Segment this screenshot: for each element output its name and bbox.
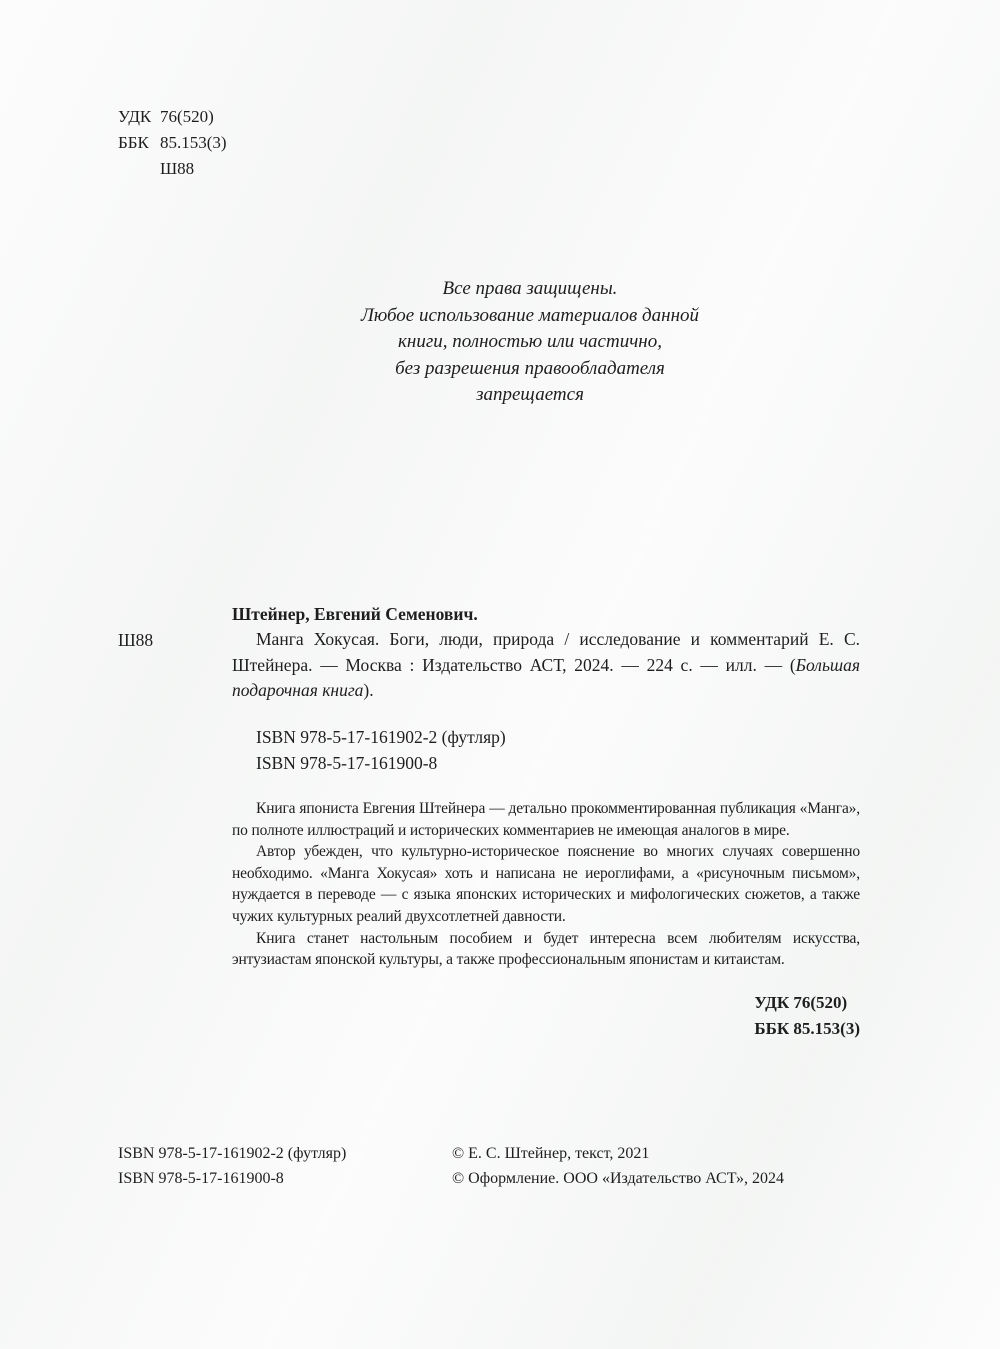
footer-isbn-list: ISBN 978-5-17-161902-2 (футляр) ISBN 978… bbox=[118, 1141, 346, 1191]
annotation: Книга япониста Евгения Штейнера — деталь… bbox=[232, 798, 860, 971]
classification-codes-bottom: УДК 76(520) ББК 85.153(3) bbox=[754, 990, 860, 1042]
isbn-line: ISBN 978-5-17-161902-2 (футляр) bbox=[118, 1141, 346, 1166]
bbk-code: ББК 85.153(3) bbox=[754, 1016, 860, 1042]
rights-line: Все права защищены. bbox=[330, 276, 730, 303]
author-mark: Ш88 bbox=[118, 156, 227, 182]
copyright-line: © Оформление. ООО «Издательство АСТ», 20… bbox=[452, 1166, 784, 1191]
rights-line: Любое использование материалов данной bbox=[330, 303, 730, 330]
annotation-paragraph: Книга япониста Евгения Штейнера — деталь… bbox=[232, 798, 860, 841]
udk-label: УДК bbox=[118, 104, 160, 130]
rights-notice: Все права защищены. Любое использование … bbox=[330, 276, 730, 409]
catalog-isbn-list: ISBN 978-5-17-161902-2 (футляр) ISBN 978… bbox=[256, 724, 506, 776]
isbn-line: ISBN 978-5-17-161902-2 (футляр) bbox=[256, 724, 506, 750]
rights-line: книги, полностью или частично, bbox=[330, 329, 730, 356]
bbk-code: ББК 85.153(3) bbox=[118, 130, 227, 156]
annotation-paragraph: Автор убежден, что культурно-историческо… bbox=[232, 841, 860, 927]
bbk-value: 85.153(3) bbox=[160, 130, 227, 156]
rights-line: без разрешения правообладателя bbox=[330, 356, 730, 383]
annotation-paragraph: Книга станет настольным пособием и будет… bbox=[232, 928, 860, 971]
catalog-author-mark: Ш88 bbox=[118, 630, 153, 651]
isbn-line: ISBN 978-5-17-161900-8 bbox=[256, 750, 506, 776]
catalog-description: Манга Хокусая. Боги, люди, природа / исс… bbox=[232, 627, 860, 704]
copyright-line: © Е. С. Штейнер, текст, 2021 bbox=[452, 1141, 784, 1166]
copyright-notice: © Е. С. Штейнер, текст, 2021 © Оформлени… bbox=[452, 1141, 784, 1191]
udk-code: УДК 76(520) bbox=[118, 104, 227, 130]
description-end: ). bbox=[363, 680, 373, 700]
classification-codes-top: УДК 76(520) ББК 85.153(3) Ш88 bbox=[118, 104, 227, 182]
rights-line: запрещается bbox=[330, 382, 730, 409]
description-text: Манга Хокусая. Боги, люди, природа / исс… bbox=[232, 629, 860, 675]
isbn-line: ISBN 978-5-17-161900-8 bbox=[118, 1166, 346, 1191]
bbk-label: ББК bbox=[118, 130, 160, 156]
udk-code: УДК 76(520) bbox=[754, 990, 860, 1016]
udk-value: 76(520) bbox=[160, 104, 214, 130]
catalog-author: Штейнер, Евгений Семенович. bbox=[232, 604, 478, 625]
